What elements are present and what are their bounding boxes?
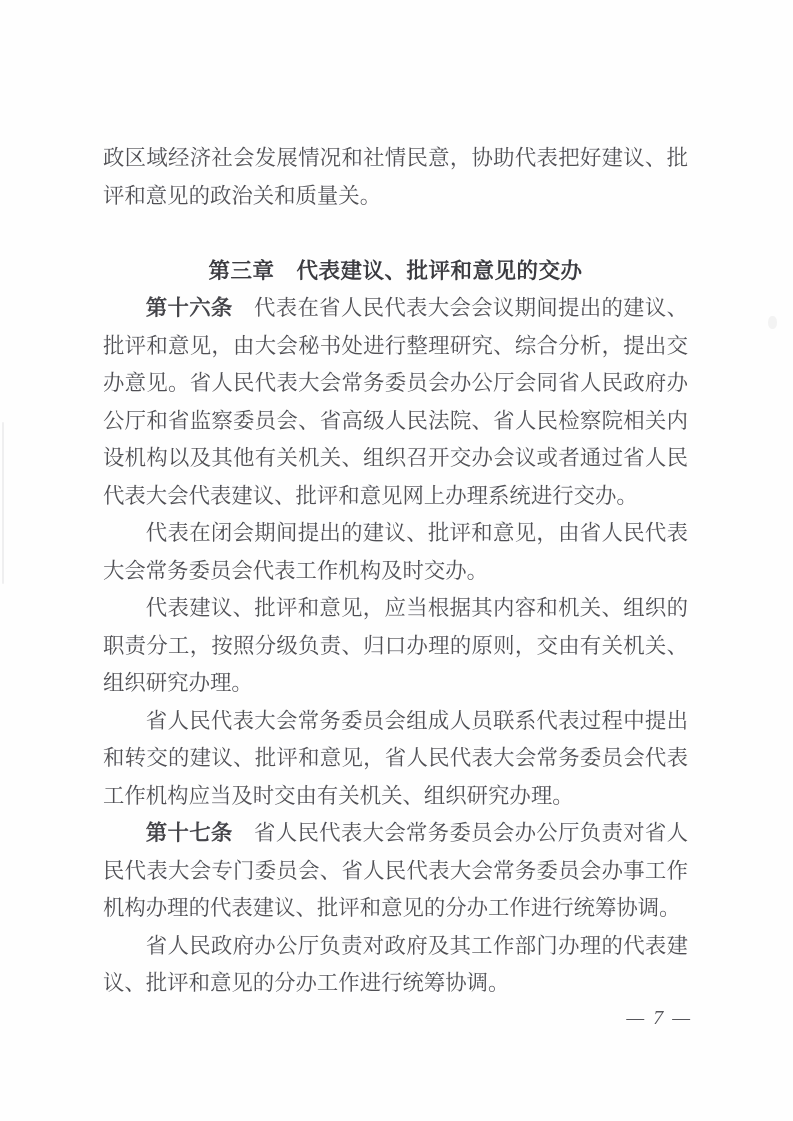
assignment-principle-text: 代表建议、批评和意见，应当根据其内容和机关、组织的职责分工，按照分级负责、归口办… xyxy=(103,596,688,695)
article-16-number: 第十六条 xyxy=(146,296,233,320)
article-17-paragraph: 第十七条省人民代表大会常务委员会办公厅负责对省人民代表大会专门委员会、省人民代表… xyxy=(103,815,688,928)
government-office-text: 省人民政府办公厅负责对政府及其工作部门办理的代表建议、批评和意见的分办工作进行统… xyxy=(103,934,688,996)
government-office-paragraph: 省人民政府办公厅负责对政府及其工作部门办理的代表建议、批评和意见的分办工作进行统… xyxy=(103,928,688,1003)
document-body: 政区域经济社会发展情况和社情民意，协助代表把好建议、批评和意见的政治关和质量关。… xyxy=(103,140,688,1003)
closed-session-paragraph: 代表在闭会期间提出的建议、批评和意见，由省人民代表大会常务委员会代表工作机构及时… xyxy=(103,515,688,590)
assignment-principle-paragraph: 代表建议、批评和意见，应当根据其内容和机关、组织的职责分工，按照分级负责、归口办… xyxy=(103,590,688,703)
article-17-number: 第十七条 xyxy=(146,821,233,845)
document-page: 政区域经济社会发展情况和社情民意，协助代表把好建议、批评和意见的政治关和质量关。… xyxy=(0,0,793,1121)
page-number: — 7 — xyxy=(626,1006,692,1030)
continuation-paragraph: 政区域经济社会发展情况和社情民意，协助代表把好建议、批评和意见的政治关和质量关。 xyxy=(103,140,688,215)
closed-session-text: 代表在闭会期间提出的建议、批评和意见，由省人民代表大会常务委员会代表工作机构及时… xyxy=(103,521,688,583)
scan-artifact-line xyxy=(2,422,4,584)
article-16-paragraph: 第十六条代表在省人民代表大会会议期间提出的建议、批评和意见，由大会秘书处进行整理… xyxy=(103,290,688,515)
standing-committee-text: 省人民代表大会常务委员会组成人员联系代表过程中提出和转交的建议、批评和意见，省人… xyxy=(103,709,688,808)
standing-committee-paragraph: 省人民代表大会常务委员会组成人员联系代表过程中提出和转交的建议、批评和意见，省人… xyxy=(103,703,688,816)
chapter-heading: 第三章 代表建议、批评和意见的交办 xyxy=(103,253,688,291)
article-16-text: 代表在省人民代表大会会议期间提出的建议、批评和意见，由大会秘书处进行整理研究、综… xyxy=(103,296,688,508)
scan-artifact-speck xyxy=(768,316,777,329)
